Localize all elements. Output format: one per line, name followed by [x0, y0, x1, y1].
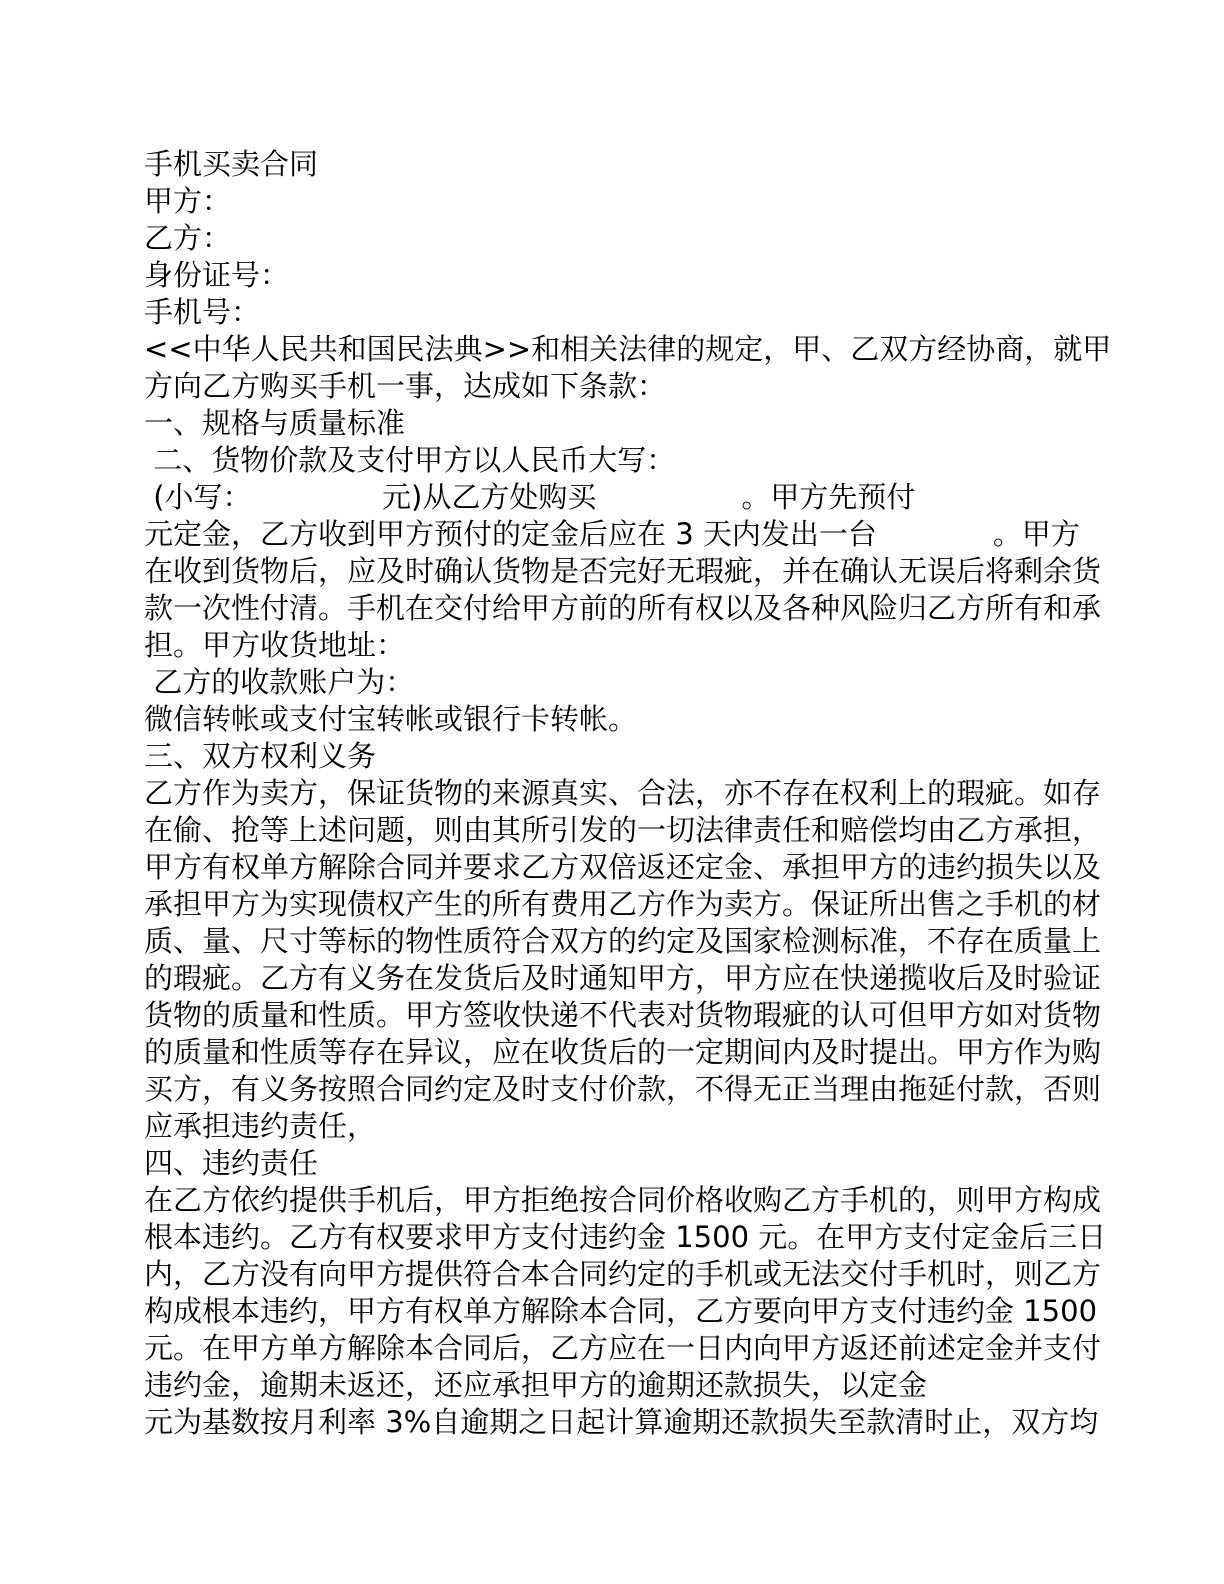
contract-line: 乙方： [144, 220, 1144, 257]
contract-page: 手机买卖合同甲方：乙方：身份证号：手机号：<<中华人民共和国民法典>>和相关法律… [0, 0, 1224, 1584]
contract-line: 货物的质量和性质。甲方签收快递不代表对货物瑕疵的认可但甲方如对货物 [144, 997, 1144, 1034]
contract-line: 根本违约。乙方有权要求甲方支付违约金 1500 元。在甲方支付定金后三日 [144, 1219, 1144, 1256]
contract-line: 甲方： [144, 183, 1144, 220]
contract-line: 乙方的收款账户为： [144, 664, 1144, 701]
contract-line: 一、规格与质量标准 [144, 405, 1144, 442]
contract-line: 在偷、抢等上述问题，则由其所引发的一切法律责任和赔偿均由乙方承担， [144, 812, 1144, 849]
contract-line: 在收到货物后，应及时确认货物是否完好无瑕疵，并在确认无误后将剩余货 [144, 553, 1144, 590]
contract-line: 款一次性付清。手机在交付给甲方前的所有权以及各种风险归乙方所有和承 [144, 590, 1144, 627]
contract-line: 元定金，乙方收到甲方预付的定金后应在 3 天内发出一台 。甲方 [144, 516, 1144, 553]
document-title: 手机买卖合同 [144, 146, 1144, 183]
contract-line: 在乙方依约提供手机后，甲方拒绝按合同价格收购乙方手机的，则甲方构成 [144, 1182, 1144, 1219]
contract-line: 的质量和性质等存在异议，应在收货后的一定期间内及时提出。甲方作为购 [144, 1034, 1144, 1071]
contract-body: 手机买卖合同甲方：乙方：身份证号：手机号：<<中华人民共和国民法典>>和相关法律… [144, 146, 1144, 1441]
contract-line: 构成根本违约，甲方有权单方解除本合同，乙方要向甲方支付违约金 1500 [144, 1293, 1144, 1330]
contract-line: 三、双方权利义务 [144, 738, 1144, 775]
contract-line: 微信转帐或支付宝转帐或银行卡转帐。 [144, 701, 1144, 738]
contract-line: 四、违约责任 [144, 1145, 1144, 1182]
contract-line: (小写： 元)从乙方处购买 。甲方先预付 [144, 479, 1144, 516]
contract-line: 二、货物价款及支付甲方以人民币大写： [144, 442, 1144, 479]
contract-line: 乙方作为卖方，保证货物的来源真实、合法，亦不存在权利上的瑕疵。如存 [144, 775, 1144, 812]
contract-line: 手机号： [144, 294, 1144, 331]
contract-line: 承担甲方为实现债权产生的所有费用乙方作为卖方。保证所出售之手机的材 [144, 886, 1144, 923]
contract-line: 方向乙方购买手机一事，达成如下条款： [144, 368, 1144, 405]
contract-line: 身份证号： [144, 257, 1144, 294]
contract-line: 元为基数按月利率 3%自逾期之日起计算逾期还款损失至款清时止，双方均 [144, 1404, 1144, 1441]
contract-line: 质、量、尺寸等标的物性质符合双方的约定及国家检测标准，不存在质量上 [144, 923, 1144, 960]
contract-line: 的瑕疵。乙方有义务在发货后及时通知甲方，甲方应在快递揽收后及时验证 [144, 960, 1144, 997]
contract-line: 内，乙方没有向甲方提供符合本合同约定的手机或无法交付手机时，则乙方 [144, 1256, 1144, 1293]
contract-line: 担。甲方收货地址： [144, 627, 1144, 664]
contract-line: 甲方有权单方解除合同并要求乙方双倍返还定金、承担甲方的违约损失以及 [144, 849, 1144, 886]
contract-line: <<中华人民共和国民法典>>和相关法律的规定，甲、乙双方经协商，就甲 [144, 331, 1144, 368]
contract-line: 应承担违约责任， [144, 1108, 1144, 1145]
contract-line: 违约金，逾期未返还，还应承担甲方的逾期还款损失，以定金 [144, 1367, 1144, 1404]
contract-line: 买方，有义务按照合同约定及时支付价款，不得无正当理由拖延付款，否则 [144, 1071, 1144, 1108]
contract-line: 元。在甲方单方解除本合同后，乙方应在一日内向甲方返还前述定金并支付 [144, 1330, 1144, 1367]
